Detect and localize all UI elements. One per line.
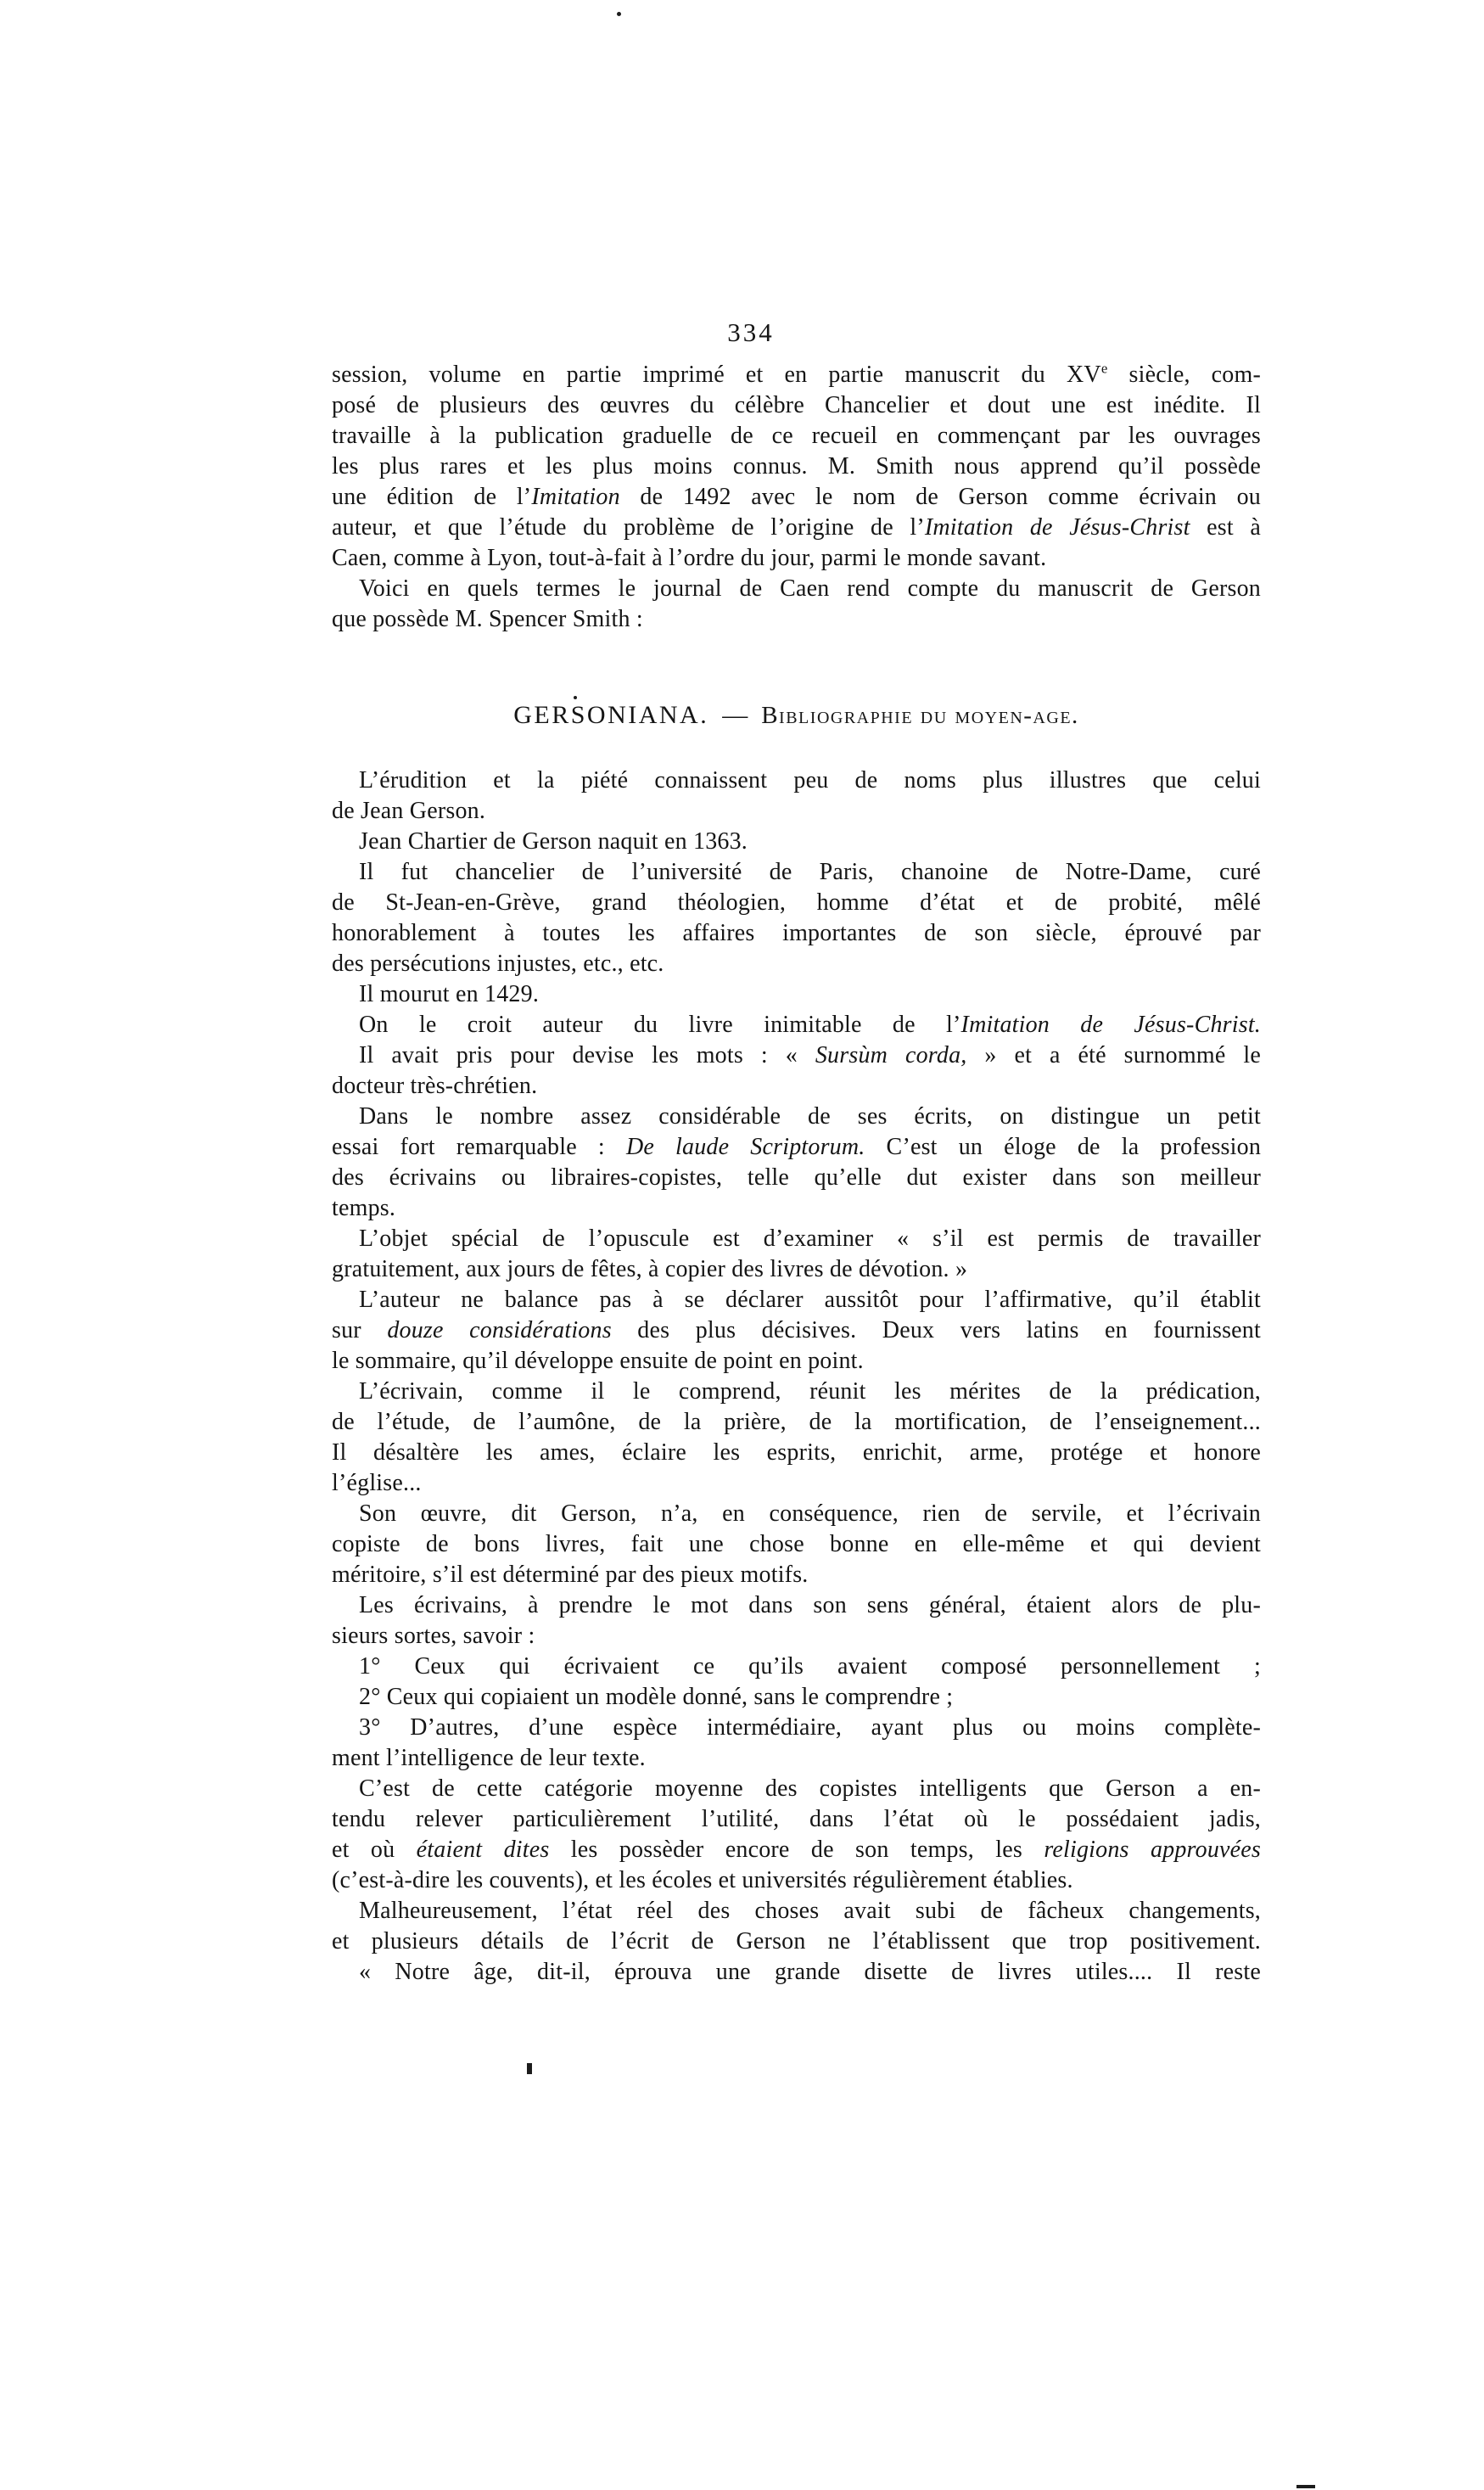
text-line: Il mourut en 1429. (332, 979, 1261, 1010)
text-line: L’objet spécial de l’opuscule est d’exam… (332, 1224, 1261, 1254)
page-number: 334 (696, 317, 806, 348)
text-line: une édition de l’Imitation de 1492 avec … (332, 482, 1261, 513)
text-line: et où étaient dites les possèder encore … (332, 1835, 1261, 1865)
text-line: que possède M. Spencer Smith : (332, 604, 1261, 635)
ink-speck (527, 2063, 532, 2074)
text-line: de St-Jean-en-Grève, grand théologien, h… (332, 888, 1261, 918)
text-line: honorablement à toutes les affaires impo… (332, 918, 1261, 949)
text-line: docteur très-chrétien. (332, 1071, 1261, 1102)
text-line: de l’étude, de l’aumône, de la prière, d… (332, 1407, 1261, 1438)
text-line: Dans le nombre assez considérable de ses… (332, 1102, 1261, 1132)
section-heading: GERSONIANA. — Bibliographie du moyen-age… (332, 701, 1261, 730)
text-line: et plusieurs détails de l’écrit de Gerso… (332, 1926, 1261, 1957)
heading-title: GERSONIANA. (513, 701, 708, 729)
text-line: C’est de cette catégorie moyenne des cop… (332, 1774, 1261, 1804)
text-line: travaille à la publication graduelle de … (332, 421, 1261, 451)
text-line: 2° Ceux qui copiaient un modèle donné, s… (332, 1682, 1261, 1713)
text-line: ment l’intelligence de leur texte. (332, 1743, 1261, 1774)
text-line: des persécutions injustes, etc., etc. (332, 949, 1261, 979)
text-line: L’érudition et la piété connaissent peu … (332, 766, 1261, 796)
scanned-book-page: 334 session, volume en partie imprimé et… (0, 0, 1484, 2490)
text-line: méritoire, s’il est déterminé par des pi… (332, 1560, 1261, 1590)
text-line: essai fort remarquable : De laude Script… (332, 1132, 1261, 1163)
text-line: sur douze considérations des plus décisi… (332, 1315, 1261, 1346)
text-line: « Notre âge, dit-il, éprouva une grande … (332, 1957, 1261, 1988)
text-line: gratuitement, aux jours de fêtes, à copi… (332, 1254, 1261, 1285)
text-line: de Jean Gerson. (332, 796, 1261, 827)
ink-speck (617, 12, 621, 16)
text-line: 3° D’autres, d’une espèce intermédiaire,… (332, 1713, 1261, 1743)
text-line: des écrivains ou libraires-copistes, tel… (332, 1163, 1261, 1193)
text-line: sieurs sortes, savoir : (332, 1621, 1261, 1652)
text-line: 1° Ceux qui écrivaient ce qu’ils avaient… (332, 1652, 1261, 1682)
text-line: Jean Chartier de Gerson naquit en 1363. (332, 827, 1261, 857)
text-line: Son œuvre, dit Gerson, n’a, en conséquen… (332, 1499, 1261, 1529)
ink-speck (1296, 2485, 1315, 2488)
article-body: L’érudition et la piété connaissent peu … (332, 766, 1261, 1988)
text-line: Voici en quels termes le journal de Caen… (332, 574, 1261, 604)
text-line: Les écrivains, à prendre le mot dans son… (332, 1590, 1261, 1621)
text-line: tendu relever particulièrement l’utilité… (332, 1804, 1261, 1835)
text-line: auteur, et que l’étude du problème de l’… (332, 513, 1261, 543)
text-line: Caen, comme à Lyon, tout-à-fait à l’ordr… (332, 543, 1261, 574)
text-line: (c’est-à-dire les couvents), et les écol… (332, 1865, 1261, 1896)
text-line: L’auteur ne balance pas à se déclarer au… (332, 1285, 1261, 1315)
text-line: session, volume en partie imprimé et en … (332, 360, 1261, 390)
text-line: les plus rares et les plus moins connus.… (332, 451, 1261, 482)
text-line: le sommaire, qu’il développe ensuite de … (332, 1346, 1261, 1377)
text-line: Malheureusement, l’état réel des choses … (332, 1896, 1261, 1926)
text-line: Il désaltère les ames, éclaire les espri… (332, 1438, 1261, 1468)
text-line: Il fut chancelier de l’université de Par… (332, 857, 1261, 888)
heading-subtitle: Bibliographie du moyen-age. (761, 702, 1079, 729)
ink-speck (574, 696, 577, 699)
text-line: temps. (332, 1193, 1261, 1224)
text-line: l’église... (332, 1468, 1261, 1499)
text-line: posé de plusieurs des œuvres du célèbre … (332, 390, 1261, 421)
heading-separator-dash: — (722, 701, 748, 729)
intro-paragraphs: session, volume en partie imprimé et en … (332, 360, 1261, 635)
text-line: L’écrivain, comme il le comprend, réunit… (332, 1377, 1261, 1407)
text-line: copiste de bons livres, fait une chose b… (332, 1529, 1261, 1560)
text-line: On le croit auteur du livre inimitable d… (332, 1010, 1261, 1040)
text-line: Il avait pris pour devise les mots : « S… (332, 1040, 1261, 1071)
